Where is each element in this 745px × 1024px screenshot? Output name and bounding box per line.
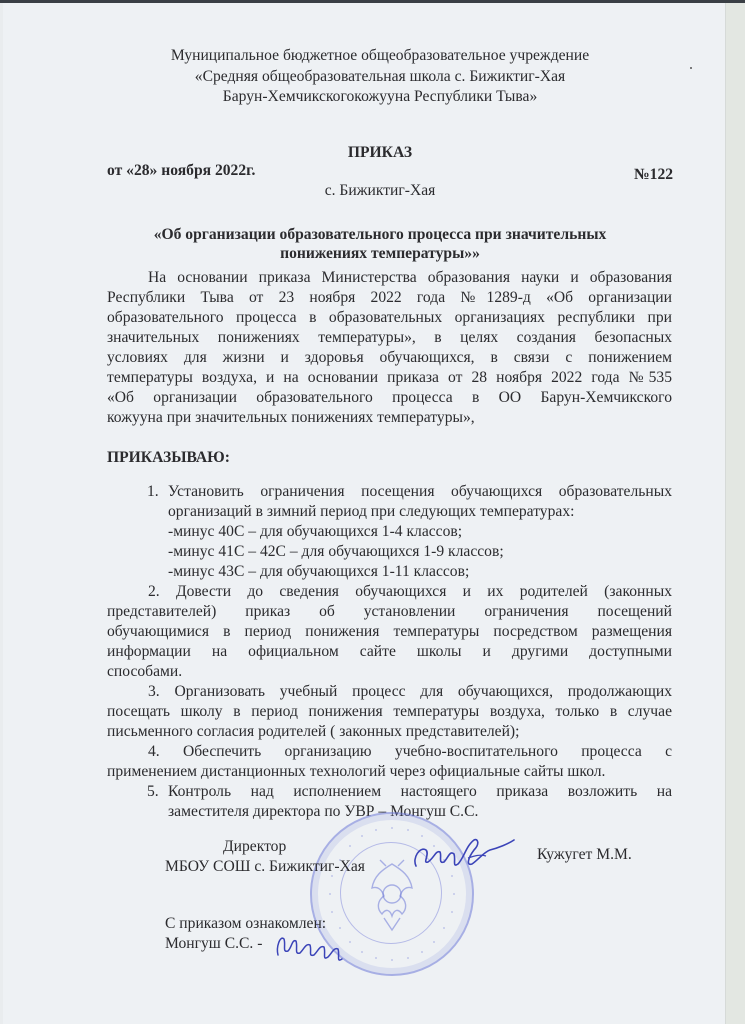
preamble-line: кожууна при значительных понижениях темп… [107,408,672,428]
signatory-name: Кужугет М.М. [537,846,632,864]
header-line-2: «Средняя общеобразовательная школа с. Би… [100,67,660,88]
order-place: с. Бижиктиг-Хая [100,182,660,200]
order-item-5: Контроль над исполнением настоящего прик… [168,782,672,822]
order-item-1-number: 1. [147,482,159,502]
order-date: от «28» ноября 2022г. [107,162,255,180]
order-item-2: 2. Довести до сведения обучающихся и их … [107,582,672,682]
acknowledgement-label: С приказом ознакомлен: [165,915,326,933]
item-line: представителей) приказ об установлении о… [107,602,672,622]
signatory-position: Директор [223,838,286,856]
order-item-3: 3. Организовать учебный процесс для обуч… [107,682,672,742]
item-line: 2. Довести до сведения обучающихся и их … [107,582,672,602]
order-item-4: 4. Обеспечить организацию учебно-воспита… [107,742,672,782]
preamble-line: температуры воздуха, и на основании прик… [107,368,672,388]
preamble-line: условиях для жизни и здоровья обучающихс… [107,348,672,368]
item-line: обучающимися в период понижения температ… [107,622,672,642]
preamble-line: На основании приказа Министерства образо… [107,268,672,288]
signatory-organization: МБОУ СОШ с. Бижиктиг-Хая [165,858,365,876]
order-directive-heading: ПРИКАЗЫВАЮ: [107,449,230,467]
subject-line-2: понижениях температуры»» [100,244,660,263]
acknowledgement-name: Монгуш С.С. - [165,935,262,953]
item-line: организаций в зимний период при следующи… [168,502,672,522]
order-item-1: Установить ограничения посещения обучающ… [168,482,672,582]
item-line: заместителя директора по УВР – Монгуш С.… [168,802,672,822]
item-line: информации на официальном сайте школы и … [107,642,672,662]
item-number: 1. [147,483,159,500]
scan-speck [690,67,692,69]
item-number: 5. [147,783,159,800]
item-line: -минус 40С – для обучающихся 1-4 классов… [168,522,672,542]
header-line-1: Муниципальное бюджетное общеобразователь… [100,46,660,67]
item-line: применением дистанционных технологий чер… [107,762,672,782]
preamble-line: Республики Тыва от 23 ноября 2022 года №… [107,288,672,308]
document-title: ПРИКАЗ [100,144,660,162]
item-line: -минус 41С – 42С – для обучающихся 1-9 к… [168,542,672,562]
item-line: 4. Обеспечить организацию учебно-воспита… [107,742,672,762]
item-line: -минус 43С – для обучающихся 1-11 классо… [168,562,672,582]
item-line: посещать школу в период понижения темпер… [107,702,672,722]
item-line: способами. [107,662,672,682]
preamble-line: значительных понижениях температуры», в … [107,328,672,348]
item-line: письменного согласия родителей ( законны… [107,722,672,742]
order-item-5-number: 5. [147,782,159,802]
preamble-line: «Об организации образовательного процесс… [107,388,672,408]
preamble-line: образовательного процесса в образователь… [107,308,672,328]
header-line-3: Барун-Хемчикскогокожууна Республики Тыва… [100,87,660,108]
item-line: Контроль над исполнением настоящего прик… [168,782,672,802]
subject-line-1: «Об организации образовательного процесс… [100,225,660,244]
preamble-paragraph: На основании приказа Министерства образо… [107,268,672,428]
item-line: Установить ограничения посещения обучающ… [168,482,672,502]
order-subject: «Об организации образовательного процесс… [100,225,660,263]
item-line: 3. Организовать учебный процесс для обуч… [107,682,672,702]
scan-right-edge [725,3,745,1024]
institution-header: Муниципальное бюджетное общеобразователь… [100,46,660,108]
